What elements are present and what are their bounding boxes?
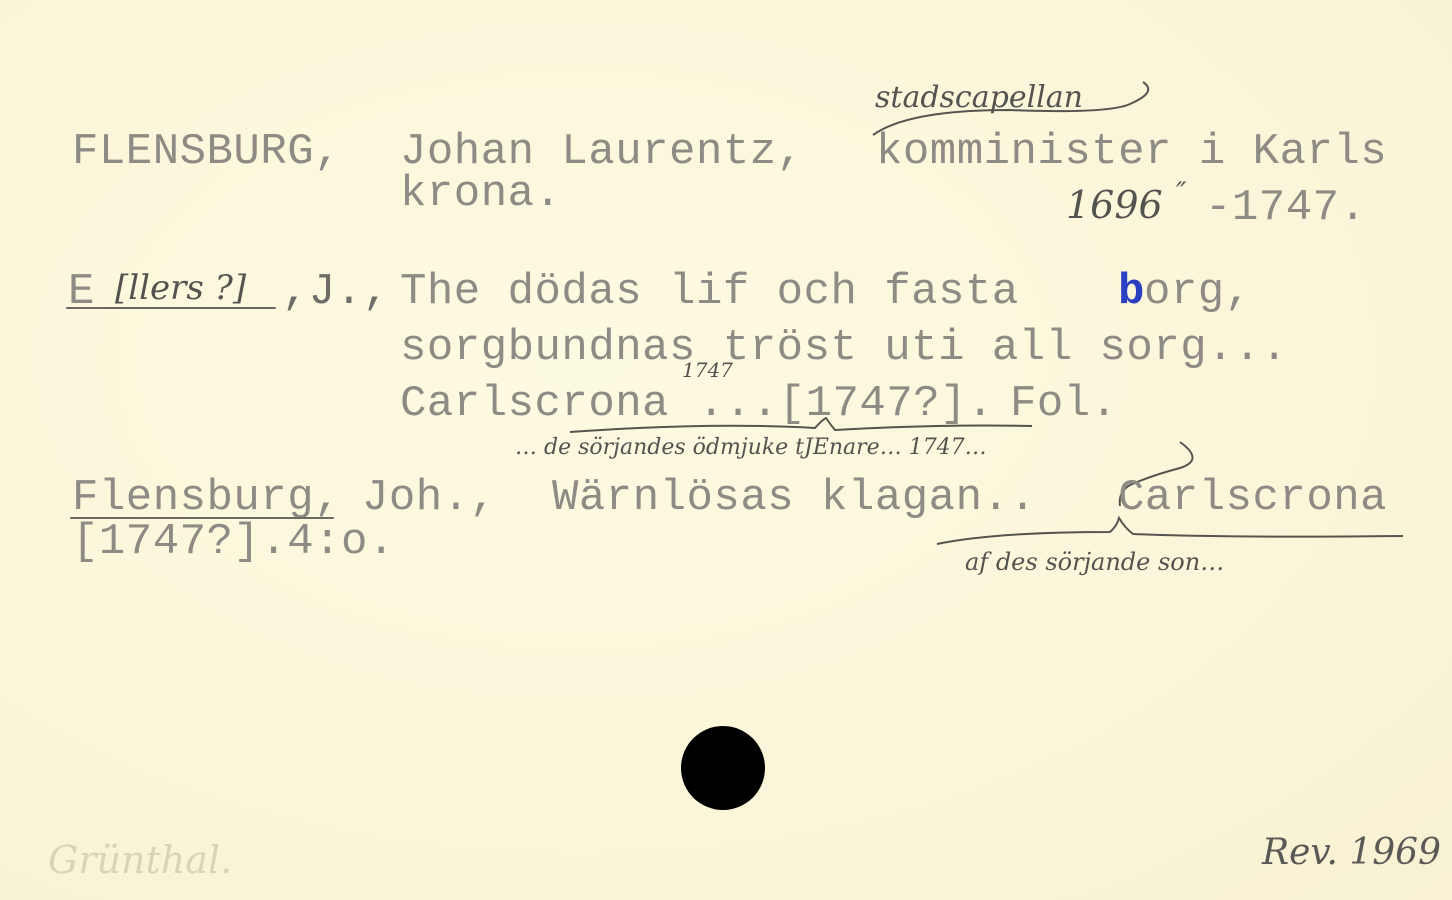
- entry2-annotation: af des sörjande son…: [965, 548, 1224, 576]
- entry1-title-line1: The dödas lif och fasta: [400, 270, 1019, 314]
- heading-forename: Johan Laurentz,: [400, 130, 804, 174]
- handwritten-birth-year: 1696: [1066, 183, 1163, 227]
- entry1-title-line1-end: org,: [1144, 270, 1252, 314]
- revision-note: Rev. 1969: [1262, 832, 1441, 873]
- handwritten-mark: ″: [1176, 176, 1186, 209]
- heading-dates: -1747.: [1205, 186, 1366, 230]
- heading-title: komminister i Karls: [876, 130, 1387, 174]
- entry2-place: Carlscrona: [1118, 476, 1387, 520]
- catalog-card: stadscapellan FLENSBURG, Johan Laurentz,…: [0, 0, 1452, 900]
- entry2-imprint: [1747?].4:o.: [72, 520, 395, 564]
- heading-title-continued: krona.: [400, 172, 561, 216]
- faint-pencil-note: Grünthal.: [48, 838, 232, 882]
- entry2-title: Wärnlösas klagan..: [552, 476, 1036, 520]
- heading-surname: FLENSBURG,: [72, 130, 341, 174]
- entry2-author-rest: Joh.,: [362, 476, 497, 520]
- entry1-title-line2: sorgbundnas tröst uti all sorg...: [400, 326, 1288, 370]
- entry1-correction-b: b: [1118, 270, 1145, 314]
- card-punch-hole: [681, 726, 765, 810]
- entry2-author: Flensburg,: [72, 476, 341, 520]
- entry1-author-handwritten: [llers ?]: [115, 268, 246, 308]
- entry1-author-rest: ,J.,: [282, 270, 390, 314]
- entry1-author-underline: [66, 307, 276, 309]
- entry1-annotation: … de sörjandes ödmjuke tJEnare… 1747…: [515, 435, 987, 460]
- entry2-annotation-brace: [935, 516, 1415, 546]
